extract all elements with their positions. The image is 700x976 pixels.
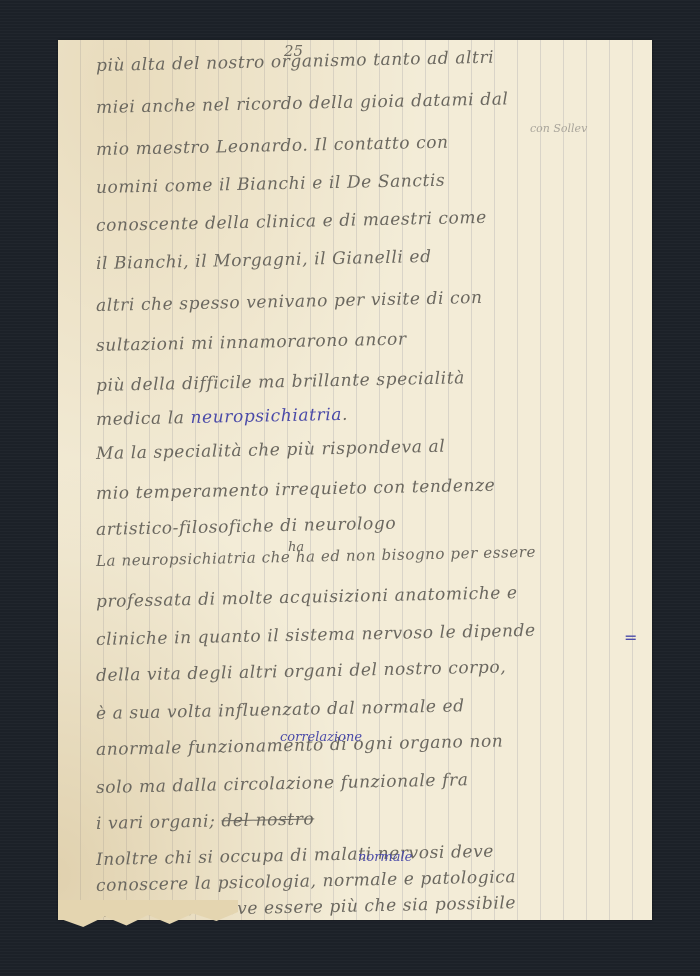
manuscript-page: 25 con Sollev più alta del nostro organi… [58,40,652,920]
text-line: solo ma dalla circolazione funzionale fr… [96,767,634,798]
text-line: sultazioni mi innamorarono ancor [96,325,634,356]
text-fragment: medica la [96,408,191,430]
text-line-with-insertion: medica la neuropsichiatria. [96,399,634,430]
text-line-with-strike: i vari organi; del nostro [96,803,634,834]
text-line: altri che spesso venivano per visite di … [96,285,634,316]
text-line: della vita degli altri organi del nostro… [96,655,634,686]
text-line: il Bianchi, il Morgagni, il Gianelli ed [96,243,634,274]
text-line: più della difficile ma brillante special… [96,365,634,396]
text-line: cliniche in quanto il sistema nervoso le… [96,619,634,650]
text-fragment: i vari organi; [96,811,222,834]
text-line: professata di molte acquisizioni anatomi… [96,581,634,612]
text-line: è a sua volta influenzato dal normale ed [96,693,634,724]
text-line: conoscente della clinica e di maestri co… [96,205,634,236]
text-line: artistico-filosofiche di neurologo [96,509,634,540]
margin-equals-mark: = [624,628,637,647]
text-fragment: . [342,405,348,425]
blue-insertion: neuropsichiatria [190,405,342,428]
text-line: mio maestro Leonardo. Il contatto con [96,129,634,160]
struck-text: del nostro [221,809,314,831]
text-line: più alta del nostro organismo tanto ad a… [96,45,634,76]
superscript-insertion: normale [358,850,412,865]
text-line: miei anche nel ricordo della gioia datam… [96,87,634,118]
text-line: uomini come il Bianchi e il De Sanctis [96,167,634,198]
text-line: anormale funzionamento di ogni organo no… [96,729,634,760]
text-line: mio temperamento irrequieto con tendenze [96,473,634,504]
torn-paper-edge [58,900,238,930]
text-line: conoscere la psicologia, normale e patol… [96,865,634,896]
text-line: La neuropsichiatria che ha ed non bisogn… [96,541,634,570]
text-line: Ma la specialità che più rispondeva al [96,433,634,464]
superscript-insertion: correlazione [280,730,362,745]
